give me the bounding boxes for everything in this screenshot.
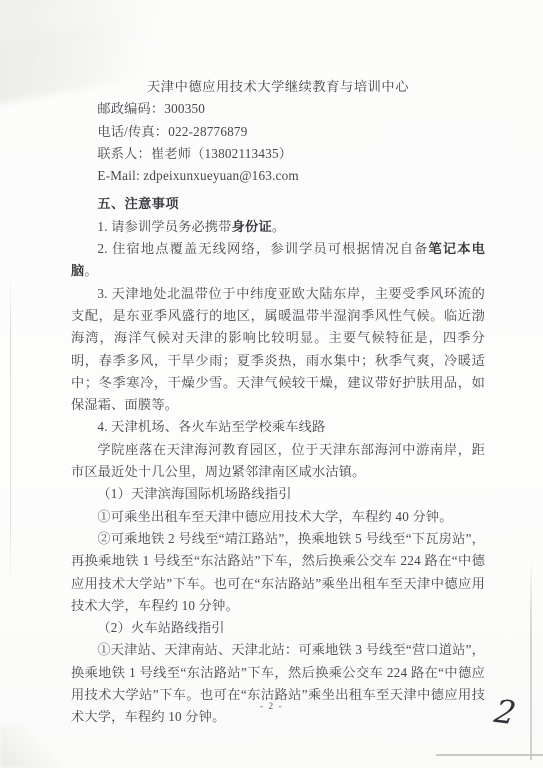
notice-item-1-period: 。 [272, 219, 285, 234]
notice-item-1-text: 1. 请参训学员务必携带 [97, 219, 231, 234]
postal-code-line: 邮政编码：300350 [71, 98, 485, 120]
section-heading-notes: 五、注意事项 [71, 193, 485, 215]
scanned-page: 天津中德应用技术大学继续教育与培训中心 邮政编码：300350 电话/传真：02… [0, 0, 543, 768]
airport-route-heading: （1）天津滨海国际机场路线指引 [71, 483, 485, 505]
notice-item-1: 1. 请参训学员务必携带身份证。 [71, 216, 485, 238]
document-title: 天津中德应用技术大学继续教育与培训中心 [71, 76, 485, 98]
airport-route-taxi: ①可乘坐出租车至天津中德应用技术大学，车程约 40 分钟。 [71, 506, 485, 528]
campus-location-paragraph: 学院座落在天津海河教育园区，位于天津东部海河中游南岸，距市区最近处十几公里，周边… [71, 439, 485, 484]
railway-route-metro: ①天津站、天津南站、天津北站：可乘地铁 3 号线至“营口道站”，换乘地铁 1 号… [71, 639, 485, 728]
document-body: 天津中德应用技术大学继续教育与培训中心 邮政编码：300350 电话/传真：02… [71, 76, 485, 729]
notice-item-3-climate: 3. 天津地处北温带位于中纬度亚欧大陆东岸，主要受季风环流的支配，是东亚季风盛行… [71, 283, 485, 417]
railway-route-heading: （2）火车站路线指引 [71, 617, 485, 639]
page-edge-left [10, 270, 11, 590]
handwritten-page-number: 2 [492, 695, 518, 729]
airport-route-metro: ②可乘地铁 2 号线至“靖江路站”，换乘地铁 5 号线至“下瓦房站”，再换乘地铁… [71, 528, 485, 617]
page-edge-bottom [436, 754, 543, 756]
notice-item-4-heading: 4. 天津机场、各火车站至学校乘车线路 [71, 416, 485, 438]
page-number-footer: - 2 - [0, 702, 543, 712]
email-line: E-Mail: zdpeixunxueyuan@163.com [71, 165, 485, 187]
notice-item-2: 2. 住宿地点覆盖无线网络，参训学员可根据情况自备笔记本电脑。 [71, 238, 485, 283]
notice-item-2-period: 。 [84, 263, 97, 278]
notice-item-2-text: 2. 住宿地点覆盖无线网络，参训学员可根据情况自备 [97, 241, 428, 256]
phone-fax-line: 电话/传真：022-28776879 [71, 121, 485, 143]
page-edge-right [530, 560, 532, 760]
contact-person-line: 联系人：崔老师（13802113435） [71, 143, 485, 165]
scan-corner-shadow [0, 726, 60, 768]
notice-item-1-bold-id-card: 身份证 [232, 219, 272, 234]
